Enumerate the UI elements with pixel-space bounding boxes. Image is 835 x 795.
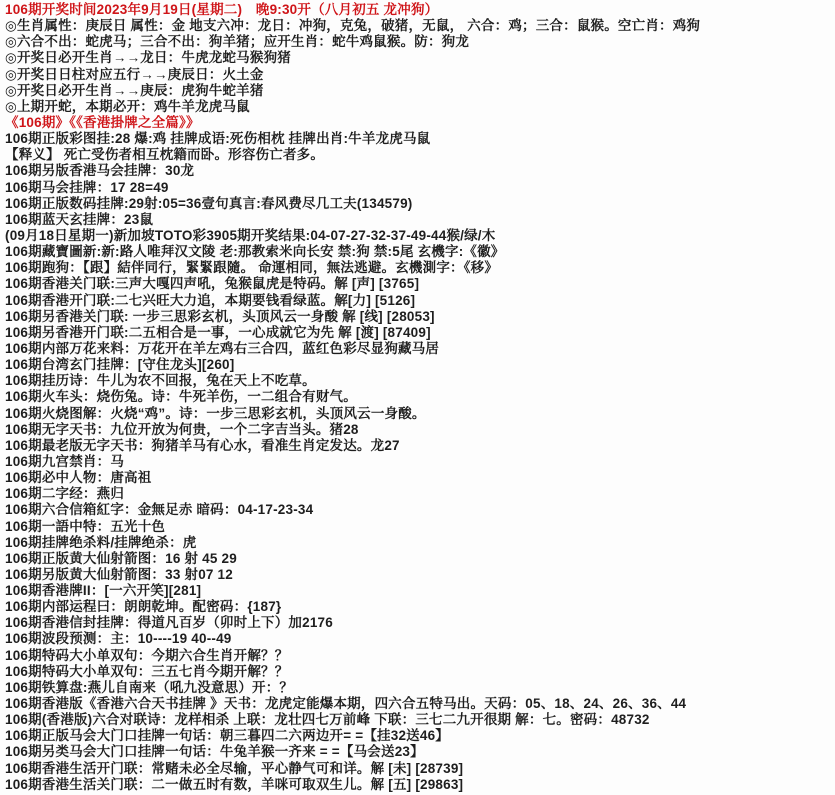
text-line: 106期九宫禁肖：马 [5,454,831,470]
text-line: 106期蓝天玄挂牌：23鼠 [5,212,831,228]
text-line: 106期火烧图解：火烧“鸡”。诗：一步三思彩玄机，头顶风云一身酸。 [5,406,831,422]
text-line: 106期香港生活关门联：二一做五时有数，羊咪可取双生儿。解 [五] [29863… [5,777,831,793]
text-line: 106期马会挂牌：17 28=49 [5,180,831,196]
text-line: ◎开奖日必开生肖→→庚辰：虎狗牛蛇羊猪 [5,83,831,99]
text-line: 【释义】 死亡受伤者相互枕籍而卧。形容伤亡者多。 [5,147,831,163]
text-line: 106期挂历诗：牛儿为农不回报，兔在天上不吃草。 [5,373,831,389]
text-line: 106期香港牌II：[一六开笑][281] [5,583,831,599]
text-line: 106期必中人物：唐高祖 [5,470,831,486]
text-line: 106期香港关门联:三声大嘎四声吼，兔猴鼠虎是特码。解 [声] [3765] [5,276,831,292]
text-line: ◎开奖日必开生肖→→龙日：牛虎龙蛇马猴狗猪 [5,50,831,66]
text-line: 106期内部运程曰：朗朗乾坤。配密码：{187} [5,599,831,615]
text-line: 106期跑狗：【跟】結伴同行，緊緊跟隨。 命運相同，無法逃避。玄機測字：《移》 [5,260,831,276]
text-line: 106期六合信箱紅字：金無足赤 暗码：04-17-23-34 [5,502,831,518]
text-line: 106期正版马会大门口挂牌一句话：朝三暮四二六两边开= =【挂32送46】 [5,728,831,744]
text-line: 106期挂牌绝杀料/挂牌绝杀：虎 [5,535,831,551]
text-line: 106期一語中特：五光十色 [5,519,831,535]
text-line: ◎开奖日日柱对应五行→→庚辰日：火土金 [5,67,831,83]
text-line: 106期火车头：烧伤兔。诗：牛死羊伤，一二组合有财气。 [5,389,831,405]
text-line: 106期另类马会大门口挂牌一句话：牛兔羊猴一齐来 = =【马会送23】 [5,744,831,760]
text-line: 106期另版黄大仙射箭图：33 射07 12 [5,567,831,583]
text-line: 106期藏寶圖新:新:路人唯拜汉文陵 老:那教索米向长安 禁:狗 禁:5尾 玄機… [5,244,831,260]
text-line: ◎生肖属性：庚辰日 属性：金 地支六冲：龙日：冲狗，克兔，破猪，无鼠， 六合：鸡… [5,18,831,34]
text-line: 106期香港信封挂牌：得道凡百岁（卯时上下）加2176 [5,615,831,631]
text-line: 106期另版香港马会挂牌：30龙 [5,163,831,179]
text-line: 106期特码大小单双句：今期六合生肖开解？？ [5,648,831,664]
text-line: 106期波段预测：主：10----19 40--49 [5,631,831,647]
text-line: 106期二字经：燕归 [5,486,831,502]
text-line: 《106期》《《香港掛牌之全篇》》 [5,115,831,131]
text-line: (09月18日星期一)新加坡TOTO彩3905期开奖结果:04-07-27-32… [5,228,831,244]
text-line: 106期(香港版)六合对联诗：龙样相杀 上联：龙壮四七万前峰 下联：三七二九开很… [5,712,831,728]
text-line: 106期开奖时间2023年9月19日(星期二) 晚9:30开（八月初五 龙冲狗） [5,2,831,18]
lottery-tips-document: 106期开奖时间2023年9月19日(星期二) 晚9:30开（八月初五 龙冲狗）… [0,0,835,795]
text-line: 106期香港版《香港六合天书挂牌 》天书：龙虎定能爆本期，四六合五特马出。天码：… [5,696,831,712]
text-line: 106期铁算盘:燕儿自南来（吼九没意思）开：？ [5,680,831,696]
text-line: 106期正版数码挂牌:29射:05=36壹句真言:春风费尽几工夫(134579) [5,196,831,212]
text-line: 106期最老版无字天书：狗猪羊马有心水，看准生肖定发达。龙27 [5,438,831,454]
text-line: 106期香港生活开门联：常赌未必全尽输，平心静气可和详。解 [未] [28739… [5,761,831,777]
text-line: 106期无字天书：九位开放为何贵，一个二字吉当头。猪28 [5,422,831,438]
text-line: 106期香港开门联:二七兴旺大力追，本期要钱看绿蓝。解[力] [5126] [5,293,831,309]
text-line: ◎上期开蛇，本期必开：鸡牛羊龙虎马鼠 [5,99,831,115]
text-line: ◎六合不出：蛇虎马；三合不出：狗羊猪；应开生肖：蛇牛鸡鼠猴。防：狗龙 [5,34,831,50]
text-line: 106期另香港关门联: 一步三思彩玄机，头顶风云一身酸 解 [线] [28053… [5,309,831,325]
text-line: 106期台湾玄门挂牌：[守住龙头][260] [5,357,831,373]
text-line: 106期正版黄大仙射箭图：16 射 45 29 [5,551,831,567]
text-line: 106期另香港开门联:二五相合是一事，一心成就它为先 解 [渡] [87409] [5,325,831,341]
text-line: 106期特码大小单双句：三五七肖今期开解？？ [5,664,831,680]
text-line: 106期内部万花来料：万花开在羊左鸡右三合四，蓝红色彩尽显狗藏马居 [5,341,831,357]
text-line: 106期正版彩图挂:28 爆:鸡 挂牌成语:死伤相枕 挂牌出肖:牛羊龙虎马鼠 [5,131,831,147]
